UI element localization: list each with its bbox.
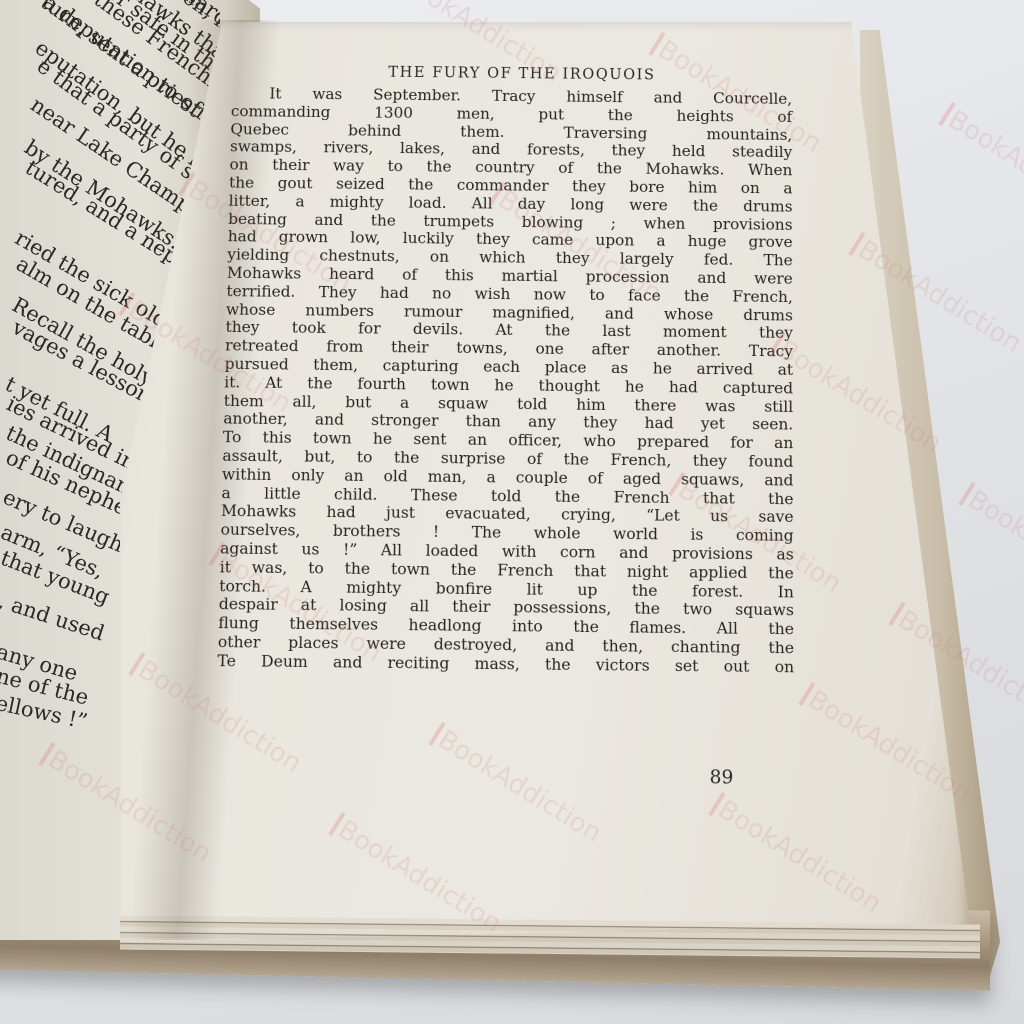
watermark: BookAddiction [957,481,1024,609]
watermark: BookAddiction [937,101,1024,229]
right-page-text: THE FURY OF THE IROQUOIS It was Septembe… [217,63,794,677]
book-photo: id was he provisions had been, his e mar… [0,0,1024,1024]
page-number: 89 [710,766,734,789]
